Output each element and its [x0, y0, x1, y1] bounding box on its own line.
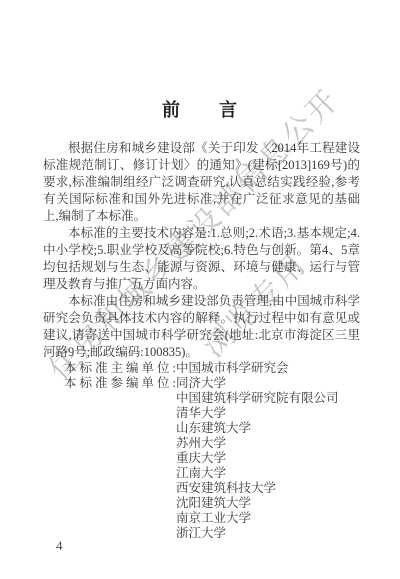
page-number: 4: [56, 538, 63, 554]
paragraph-management: 本标准由住房和城乡建设部负责管理,由中国城市科学研究会负责具体技术内容的解释。执…: [43, 293, 360, 361]
credits-section: 本标准主编单位:中国城市科学研究会 本标准参编单位:同济大学 中国建筑科学研究院…: [43, 361, 360, 541]
participating-unit-list: 中国建筑科学研究院有限公司 清华大学 山东建筑大学 苏州大学 重庆大学 江南大学…: [176, 391, 360, 541]
participating-unit: 南京工业大学: [176, 511, 360, 526]
participating-unit: 江南大学: [176, 466, 360, 481]
participating-unit: 清华大学: [176, 406, 360, 421]
chief-editor-value: 中国城市科学研究会: [176, 361, 289, 376]
chief-editor-label: 本标准主编单位:: [64, 361, 176, 376]
chief-editor-row: 本标准主编单位:中国城市科学研究会: [43, 361, 360, 376]
participating-unit: 西安建筑科技大学: [176, 481, 360, 496]
participating-unit: 沈阳建筑大学: [176, 496, 360, 511]
page-title: 前 言: [0, 96, 400, 122]
body-text: 根据住房和城乡建设部《关于印发〈2014年工程建设标准规范制订、修订计划〉的通知…: [43, 140, 360, 541]
participating-unit: 中国建筑科学研究院有限公司: [176, 391, 360, 406]
participating-unit: 重庆大学: [176, 451, 360, 466]
participating-label: 本标准参编单位:: [64, 376, 176, 391]
participating-unit: 苏州大学: [176, 436, 360, 451]
paragraph-contents: 本标准的主要技术内容是:1.总则;2.术语;3.基本规定;4.中小学校;5.职业…: [43, 225, 360, 293]
paragraph-basis: 根据住房和城乡建设部《关于印发〈2014年工程建设标准规范制订、修订计划〉的通知…: [43, 140, 360, 225]
document-page: 住房和城乡建设部信息公开 浏览专用 前 言 根据住房和城乡建设部《关于印发〈20…: [0, 0, 400, 579]
participating-unit: 浙江大学: [176, 526, 360, 541]
participating-row: 本标准参编单位:同济大学: [43, 376, 360, 391]
page-content: 前 言 根据住房和城乡建设部《关于印发〈2014年工程建设标准规范制订、修订计划…: [0, 0, 400, 579]
participating-first-unit: 同济大学: [176, 376, 226, 391]
participating-unit: 山东建筑大学: [176, 421, 360, 436]
